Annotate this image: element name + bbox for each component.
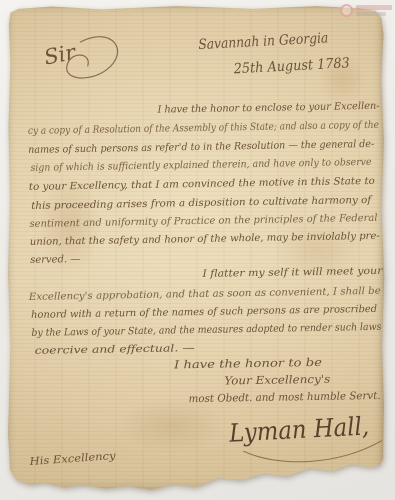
body-line: I have the honor to enclose to your Exce…: [156, 101, 380, 116]
body-line: coercive and effectual. —: [35, 343, 195, 357]
closing-line: Your Excellency's: [224, 373, 331, 388]
address-note: His Excellency: [28, 450, 117, 468]
signature: Lyman Hall,: [227, 411, 369, 447]
watermark-logo-icon: [340, 4, 353, 17]
body-line: I flatter my self it will meet your: [201, 266, 384, 280]
body-line: sentiment and uniformity of Practice on …: [29, 213, 377, 230]
closing-line: most Obedt. and most humble Servt.: [188, 390, 380, 405]
body-line: this proceeding arises from a dispositio…: [31, 195, 374, 212]
body-line: names of such persons as refer'd to in t…: [28, 139, 375, 156]
letter-photograph: Sir Savannah in Georgia 25th August 1783…: [0, 0, 395, 500]
site-watermark: [340, 4, 392, 17]
place-line: Savannah in Georgia: [198, 30, 329, 53]
watermark-text-bars: [356, 5, 392, 16]
body-line: cy a copy of a Resolution of the Assembl…: [28, 120, 379, 137]
body-line: to your Excellency, that I am convinced …: [29, 176, 375, 193]
body-line: by the Laws of your State, and the measu…: [31, 322, 381, 339]
body-line: Excellency's approbation, and that as so…: [28, 286, 381, 303]
body-line: union, that the safety and honor of the …: [30, 231, 381, 248]
body-line: sign of which is sufficiently explained …: [30, 157, 371, 174]
date-line: 25th August 1783: [232, 55, 350, 77]
handwritten-letter-text: Sir Savannah in Georgia 25th August 1783…: [0, 0, 395, 500]
body-line: honord with a return of the names of suc…: [31, 304, 377, 321]
closing-line: I have the honor to be: [173, 356, 323, 372]
salutation: Sir: [42, 40, 79, 70]
body-line: served. —: [30, 254, 80, 266]
